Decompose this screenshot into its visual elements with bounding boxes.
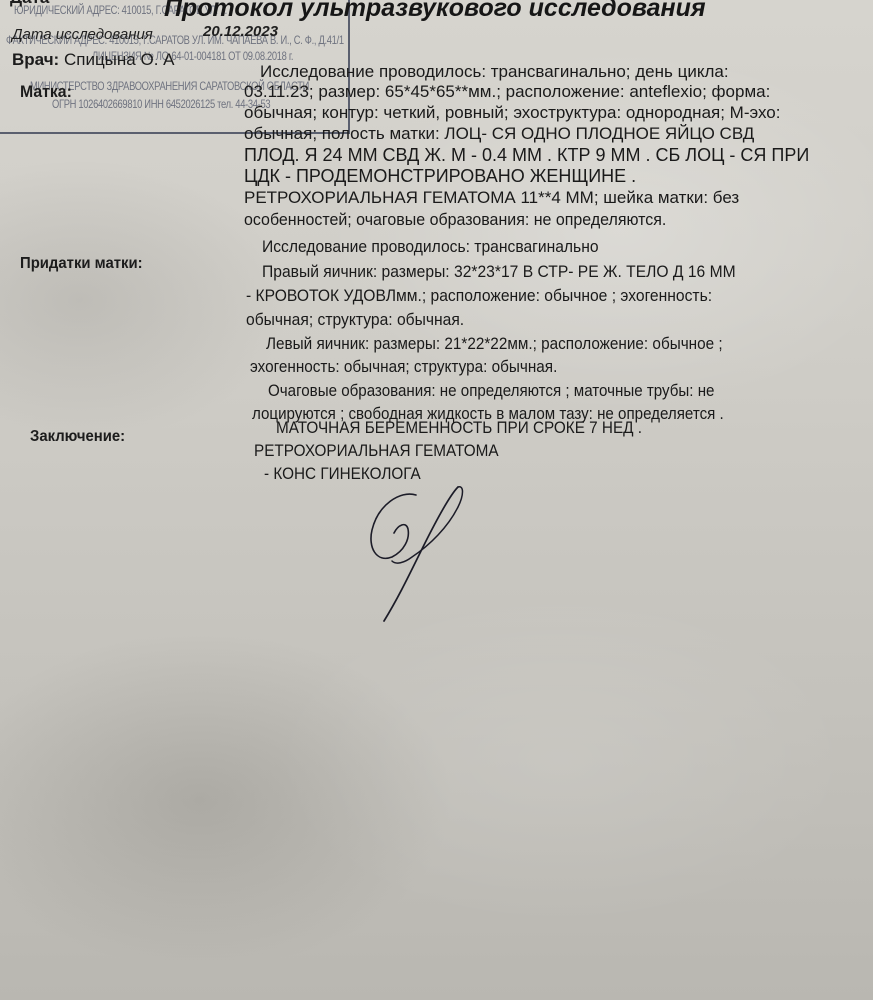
doctor-label: Врач:: [12, 50, 59, 69]
exam-date-value: 20.12.2023: [203, 23, 278, 40]
conclusion-text-line: - КОНС ГИНЕКОЛОГА: [264, 464, 421, 484]
adnexa-text-line: Очаговые образования: не определяются ; …: [268, 381, 714, 401]
ultrasound-protocol-page: ЮРИДИЧЕСКИЙ АДРЕС: 410015, Г.САРАТОВ УЛ.…: [0, 0, 873, 1000]
conclusion-text-line: РЕТРОХОРИАЛЬНАЯ ГЕМАТОМА: [254, 441, 499, 461]
uterus-text-line: РЕТРОХОРИАЛЬНАЯ ГЕМАТОМА 11**4 ММ; шейка…: [244, 188, 739, 208]
section-label-uterus: Матка:: [20, 82, 72, 102]
exam-date-label: Дата исследования: [12, 26, 153, 43]
adnexa-text-line: Правый яичник: размеры: 32*23*17 В СТР- …: [262, 262, 736, 282]
adnexa-text-line: обычная; структура: обычная.: [246, 310, 464, 330]
doctor-name: Спицына О. А: [64, 50, 175, 69]
adnexa-text-line: - КРОВОТОК УДОВЛмм.; расположение: обычн…: [246, 286, 712, 306]
uterus-text-line: 03.11.23; размер: 65*45*65**мм.; располо…: [244, 82, 770, 102]
doctor-line: Врач: Спицына О. А: [12, 50, 174, 70]
uterus-text-line: особенностей; очаговые образования: не о…: [244, 210, 666, 230]
stamp-registration: ОГРН 1026402669810 ИНН 6452026125 тел. 4…: [52, 97, 270, 111]
section-label-conclusion: Заключение:: [30, 428, 125, 446]
adnexa-text-line: Исследование проводилось: трансвагинальн…: [262, 237, 599, 257]
uterus-text-line: обычная; контур: четкий, ровный; эхостру…: [244, 103, 780, 123]
cutoff-date-label: Дата: [10, 0, 49, 8]
adnexa-text-line: эхогенность: обычная; структура: обычная…: [250, 357, 557, 377]
uterus-text-line: ЦДК - ПРОДЕМОНСТРИРОВАНО ЖЕНЩИНЕ .: [244, 166, 636, 187]
conclusion-text-line: МАТОЧНАЯ БЕРЕМЕННОСТЬ ПРИ СРОКЕ 7 НЕД .: [276, 418, 642, 438]
uterus-text-line: обычная; полость матки: ЛОЦ- СЯ ОДНО ПЛО…: [244, 124, 754, 144]
document-title: Протокол ультразвукового исследования: [164, 0, 706, 23]
adnexa-text-line: Левый яичник: размеры: 21*22*22мм.; расп…: [266, 334, 723, 354]
doctor-signature: [360, 485, 480, 625]
uterus-text-line: Исследование проводилось: трансвагинальн…: [260, 62, 729, 82]
uterus-text-line: ПЛОД. Я 24 ММ СВД Ж. М - 0.4 ММ . КТР 9 …: [244, 145, 809, 166]
section-label-adnexa: Придатки матки:: [20, 255, 143, 273]
